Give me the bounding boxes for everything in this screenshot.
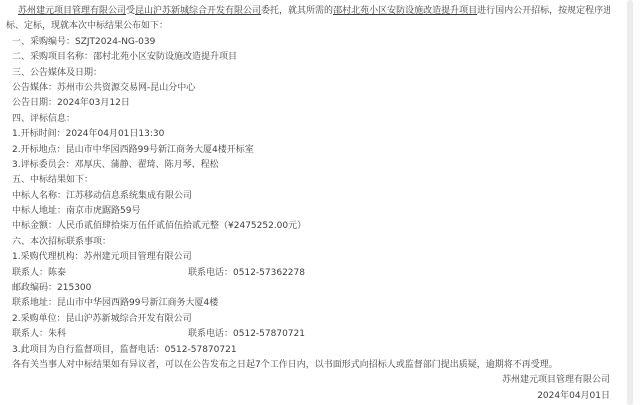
winner-address-value: 南京市虎踞路59号 — [66, 206, 140, 216]
agent-address-label: 联系地址： — [12, 298, 57, 308]
supervision-value: 0512-57870721 — [165, 345, 237, 355]
winner-amount-line: 中标金额：人民币贰佰肆拾柒万伍仟贰佰伍拾贰元整（¥2475252.00元） — [6, 219, 610, 234]
project-name-label: 二、采购项目名称： — [12, 52, 93, 62]
project-name-value: 邵村北苑小区安防设施改造提升项目 — [93, 52, 237, 62]
procurement-number-label: 一、采购编号： — [12, 37, 75, 47]
scrollbar-thumb[interactable] — [627, 0, 633, 405]
intro-text-2: 委托，就其所需的 — [261, 6, 333, 16]
agent-contact-label: 联系人： — [12, 268, 48, 278]
intro-text-1: 受 — [126, 6, 135, 16]
winner-address-line: 中标人地址：南京市虎踞路59号 — [6, 204, 610, 219]
open-place-label: 2.开标地点： — [12, 145, 66, 155]
open-place-line: 2.开标地点：昆山市中华园西路99号新江商务大厦4楼开标室 — [6, 143, 610, 158]
winner-name-label: 中标人名称： — [12, 191, 66, 201]
intro-line-1: 苏州建元项目管理有限公司受昆山沪苏新城综合开发有限公司委托，就其所需的邵村北苑小… — [6, 4, 610, 19]
supervision-label: 3.此项目为自行监督项目，监督电话： — [12, 345, 165, 355]
result-section-title: 五、中标结果如下： — [6, 173, 610, 188]
announce-date-label: 公告日期： — [12, 98, 57, 108]
purchaser-phone-value: 0512-57870721 — [233, 329, 305, 339]
winner-amount-value: 人民币贰佰肆拾柒万伍仟贰佰伍拾贰元整（¥2475252.00元） — [57, 221, 306, 231]
open-time-value: 2024年04月01日13:30 — [66, 129, 165, 139]
postcode-label: 邮政编码： — [12, 283, 57, 293]
purchaser-label: 2.采购单位： — [12, 314, 66, 324]
announce-date-line: 公告日期：2024年03月12日 — [6, 96, 610, 111]
announce-date-value: 2024年03月12日 — [57, 98, 130, 108]
committee-value: 邓厚庆、蒲静、翟琦、陈月琴、程松 — [75, 160, 219, 170]
footer-signer-line: 苏州建元项目管理有限公司 — [6, 373, 610, 388]
agent-value: 苏州建元项目管理有限公司 — [84, 252, 192, 262]
winner-amount-label: 中标金额： — [12, 221, 57, 231]
media-line: 公告媒体：苏州市公共资源交易网-昆山分中心 — [6, 81, 610, 96]
agent-contact-cell: 联系人：陈泰 — [12, 266, 188, 281]
project-name-line: 二、采购项目名称：邵村北苑小区安防设施改造提升项目 — [6, 50, 610, 65]
open-time-line: 1.开标时间：2024年04月01日13:30 — [6, 127, 610, 142]
media-label: 公告媒体： — [12, 83, 57, 93]
postcode-value: 215300 — [57, 283, 91, 293]
announcement-document: 苏州建元项目管理有限公司受昆山沪苏新城综合开发有限公司委托，就其所需的邵村北苑小… — [0, 0, 640, 405]
evaluation-section-title: 四、评标信息： — [6, 112, 610, 127]
objection-note-line: 各有关当事人对中标结果如有异议者，可以在公告发布之日起7个工作日内，以书面形式向… — [6, 358, 610, 373]
committee-label: 3.评标委员会： — [12, 160, 75, 170]
committee-line: 3.评标委员会：邓厚庆、蒲静、翟琦、陈月琴、程松 — [6, 158, 610, 173]
winner-name-value: 江苏移动信息系统集成有限公司 — [66, 191, 192, 201]
agent-address-value: 昆山市中华园西路99号新江商务大厦4楼 — [57, 298, 218, 308]
purchaser-contact-value: 朱科 — [48, 329, 66, 339]
agent-contact-value: 陈泰 — [48, 268, 66, 278]
winner-address-label: 中标人地址： — [12, 206, 66, 216]
purchaser-contact-row: 联系人：朱科联系电话：0512-57870721 — [6, 327, 610, 342]
purchaser-contact-label: 联系人： — [12, 329, 48, 339]
project-name-underlined: 邵村北苑小区安防设施改造提升项目 — [333, 6, 477, 16]
contact-section-title: 六、本次招标联系事项： — [6, 235, 610, 250]
postcode-line: 邮政编码：215300 — [6, 281, 610, 296]
purchaser-contact-cell: 联系人：朱科 — [12, 327, 188, 342]
media-value: 苏州市公共资源交易网-昆山分中心 — [57, 83, 195, 93]
agent-phone-label: 联系电话： — [188, 268, 233, 278]
intro-text-3: 进行国内公开招标，按规定程序进行了开标、评 — [477, 6, 610, 16]
media-section-title: 三、公告媒体及日期： — [6, 66, 610, 81]
purchaser-phone-label: 联系电话： — [188, 329, 233, 339]
agent-address-line: 联系地址：昆山市中华园西路99号新江商务大厦4楼 — [6, 296, 610, 311]
purchaser-value: 昆山沪苏新城综合开发有限公司 — [66, 314, 192, 324]
open-place-value: 昆山市中华园西路99号新江商务大厦4楼开标室 — [66, 145, 254, 155]
footer-date-line: 2024年04月01日 — [6, 389, 610, 404]
agent-phone-value: 0512-57362278 — [233, 268, 305, 278]
supervision-line: 3.此项目为自行监督项目，监督电话：0512-57870721 — [6, 343, 610, 358]
procurement-number-line: 一、采购编号：SZJT2024-NG-039 — [6, 35, 610, 50]
procurement-number-value: SZJT2024-NG-039 — [75, 37, 155, 47]
agent-line: 1.采购代理机构：苏州建元项目管理有限公司 — [6, 250, 610, 265]
client-name-underlined: 昆山沪苏新城综合开发有限公司 — [135, 6, 261, 16]
agent-contact-row: 联系人：陈泰联系电话：0512-57362278 — [6, 266, 610, 281]
intro-line-2: 标、定标，现就本次中标结果公布如下： — [6, 19, 610, 34]
agent-label: 1.采购代理机构： — [12, 252, 84, 262]
purchaser-line: 2.采购单位：昆山沪苏新城综合开发有限公司 — [6, 312, 610, 327]
open-time-label: 1.开标时间： — [12, 129, 66, 139]
agency-name-underlined: 苏州建元项目管理有限公司 — [18, 6, 126, 16]
winner-name-line: 中标人名称：江苏移动信息系统集成有限公司 — [6, 189, 610, 204]
